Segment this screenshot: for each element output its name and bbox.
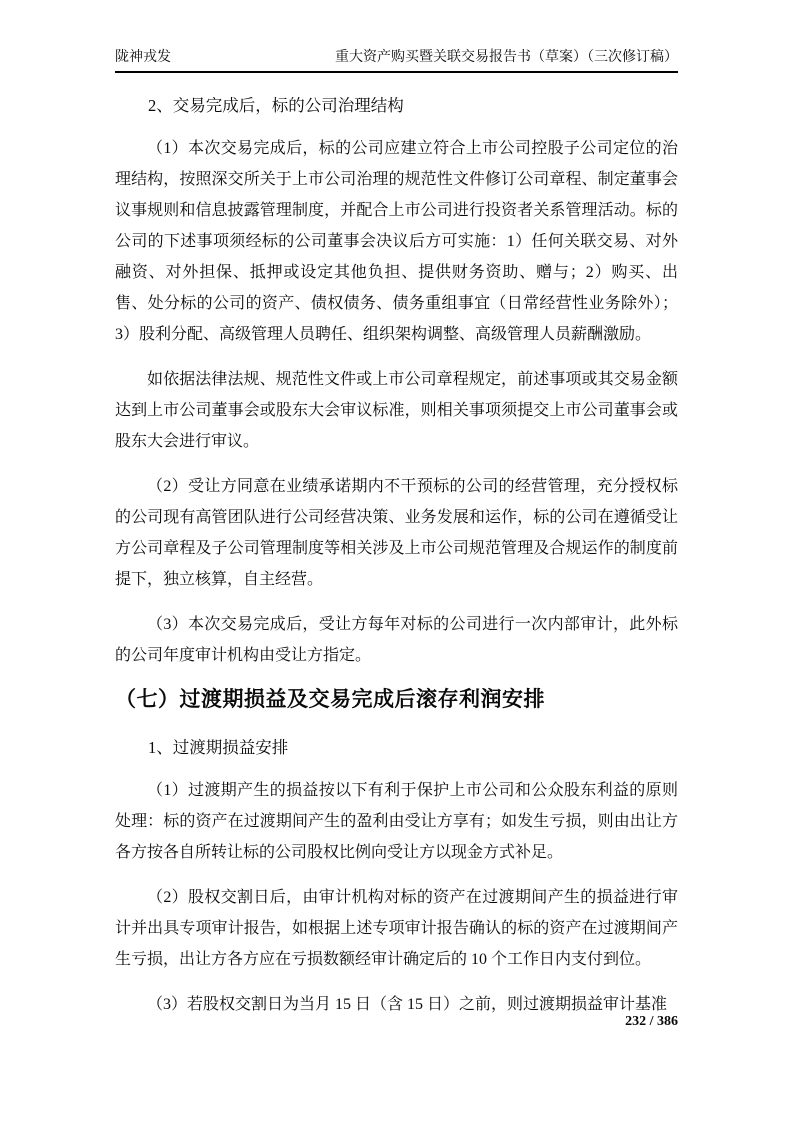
page-number: 232 / 386 <box>625 1014 678 1029</box>
page-content: 陇神戎发 重大资产购买暨关联交易报告书（草案）（三次修订稿） 2、交易完成后，标… <box>115 48 678 1034</box>
page-header: 陇神戎发 重大资产购买暨关联交易报告书（草案）（三次修订稿） <box>115 48 678 73</box>
section-heading-transition-period: （七）过渡期损益及交易完成后滚存利润安排 <box>115 685 678 715</box>
subheading-transition-loss-arrangement: 1、过渡期损益安排 <box>115 735 678 761</box>
paragraph-governance-2: （2）受让方同意在业绩承诺期内不干预标的公司的经营管理，充分授权标的公司现有高管… <box>115 471 678 595</box>
subheading-governance-structure: 2、交易完成后，标的公司治理结构 <box>115 93 678 119</box>
paragraph-governance-review: 如依据法律法规、规范性文件或上市公司章程规定，前述事项或其交易金额达到上市公司董… <box>115 364 678 457</box>
paragraph-transition-1: （1）过渡期产生的损益按以下有利于保护上市公司和公众股东利益的原则处理：标的资产… <box>115 775 678 868</box>
page-footer: 232 / 386 <box>115 1014 678 1030</box>
header-report-title: 重大资产购买暨关联交易报告书（草案）（三次修订稿） <box>335 48 678 68</box>
document-page: 陇神戎发 重大资产购买暨关联交易报告书（草案）（三次修订稿） 2、交易完成后，标… <box>0 0 793 1122</box>
document-body: 2、交易完成后，标的公司治理结构 （1）本次交易完成后，标的公司应建立符合上市公… <box>115 93 678 1020</box>
paragraph-governance-3: （3）本次交易完成后，受让方每年对标的公司进行一次内部审计，此外标的公司年度审计… <box>115 609 678 671</box>
paragraph-transition-2: （2）股权交割日后，由审计机构对标的资产在过渡期间产生的损益进行审计并出具专项审… <box>115 882 678 975</box>
header-company-short-name: 陇神戎发 <box>115 48 171 68</box>
paragraph-governance-1: （1）本次交易完成后，标的公司应建立符合上市公司控股子公司定位的治理结构，按照深… <box>115 133 678 350</box>
